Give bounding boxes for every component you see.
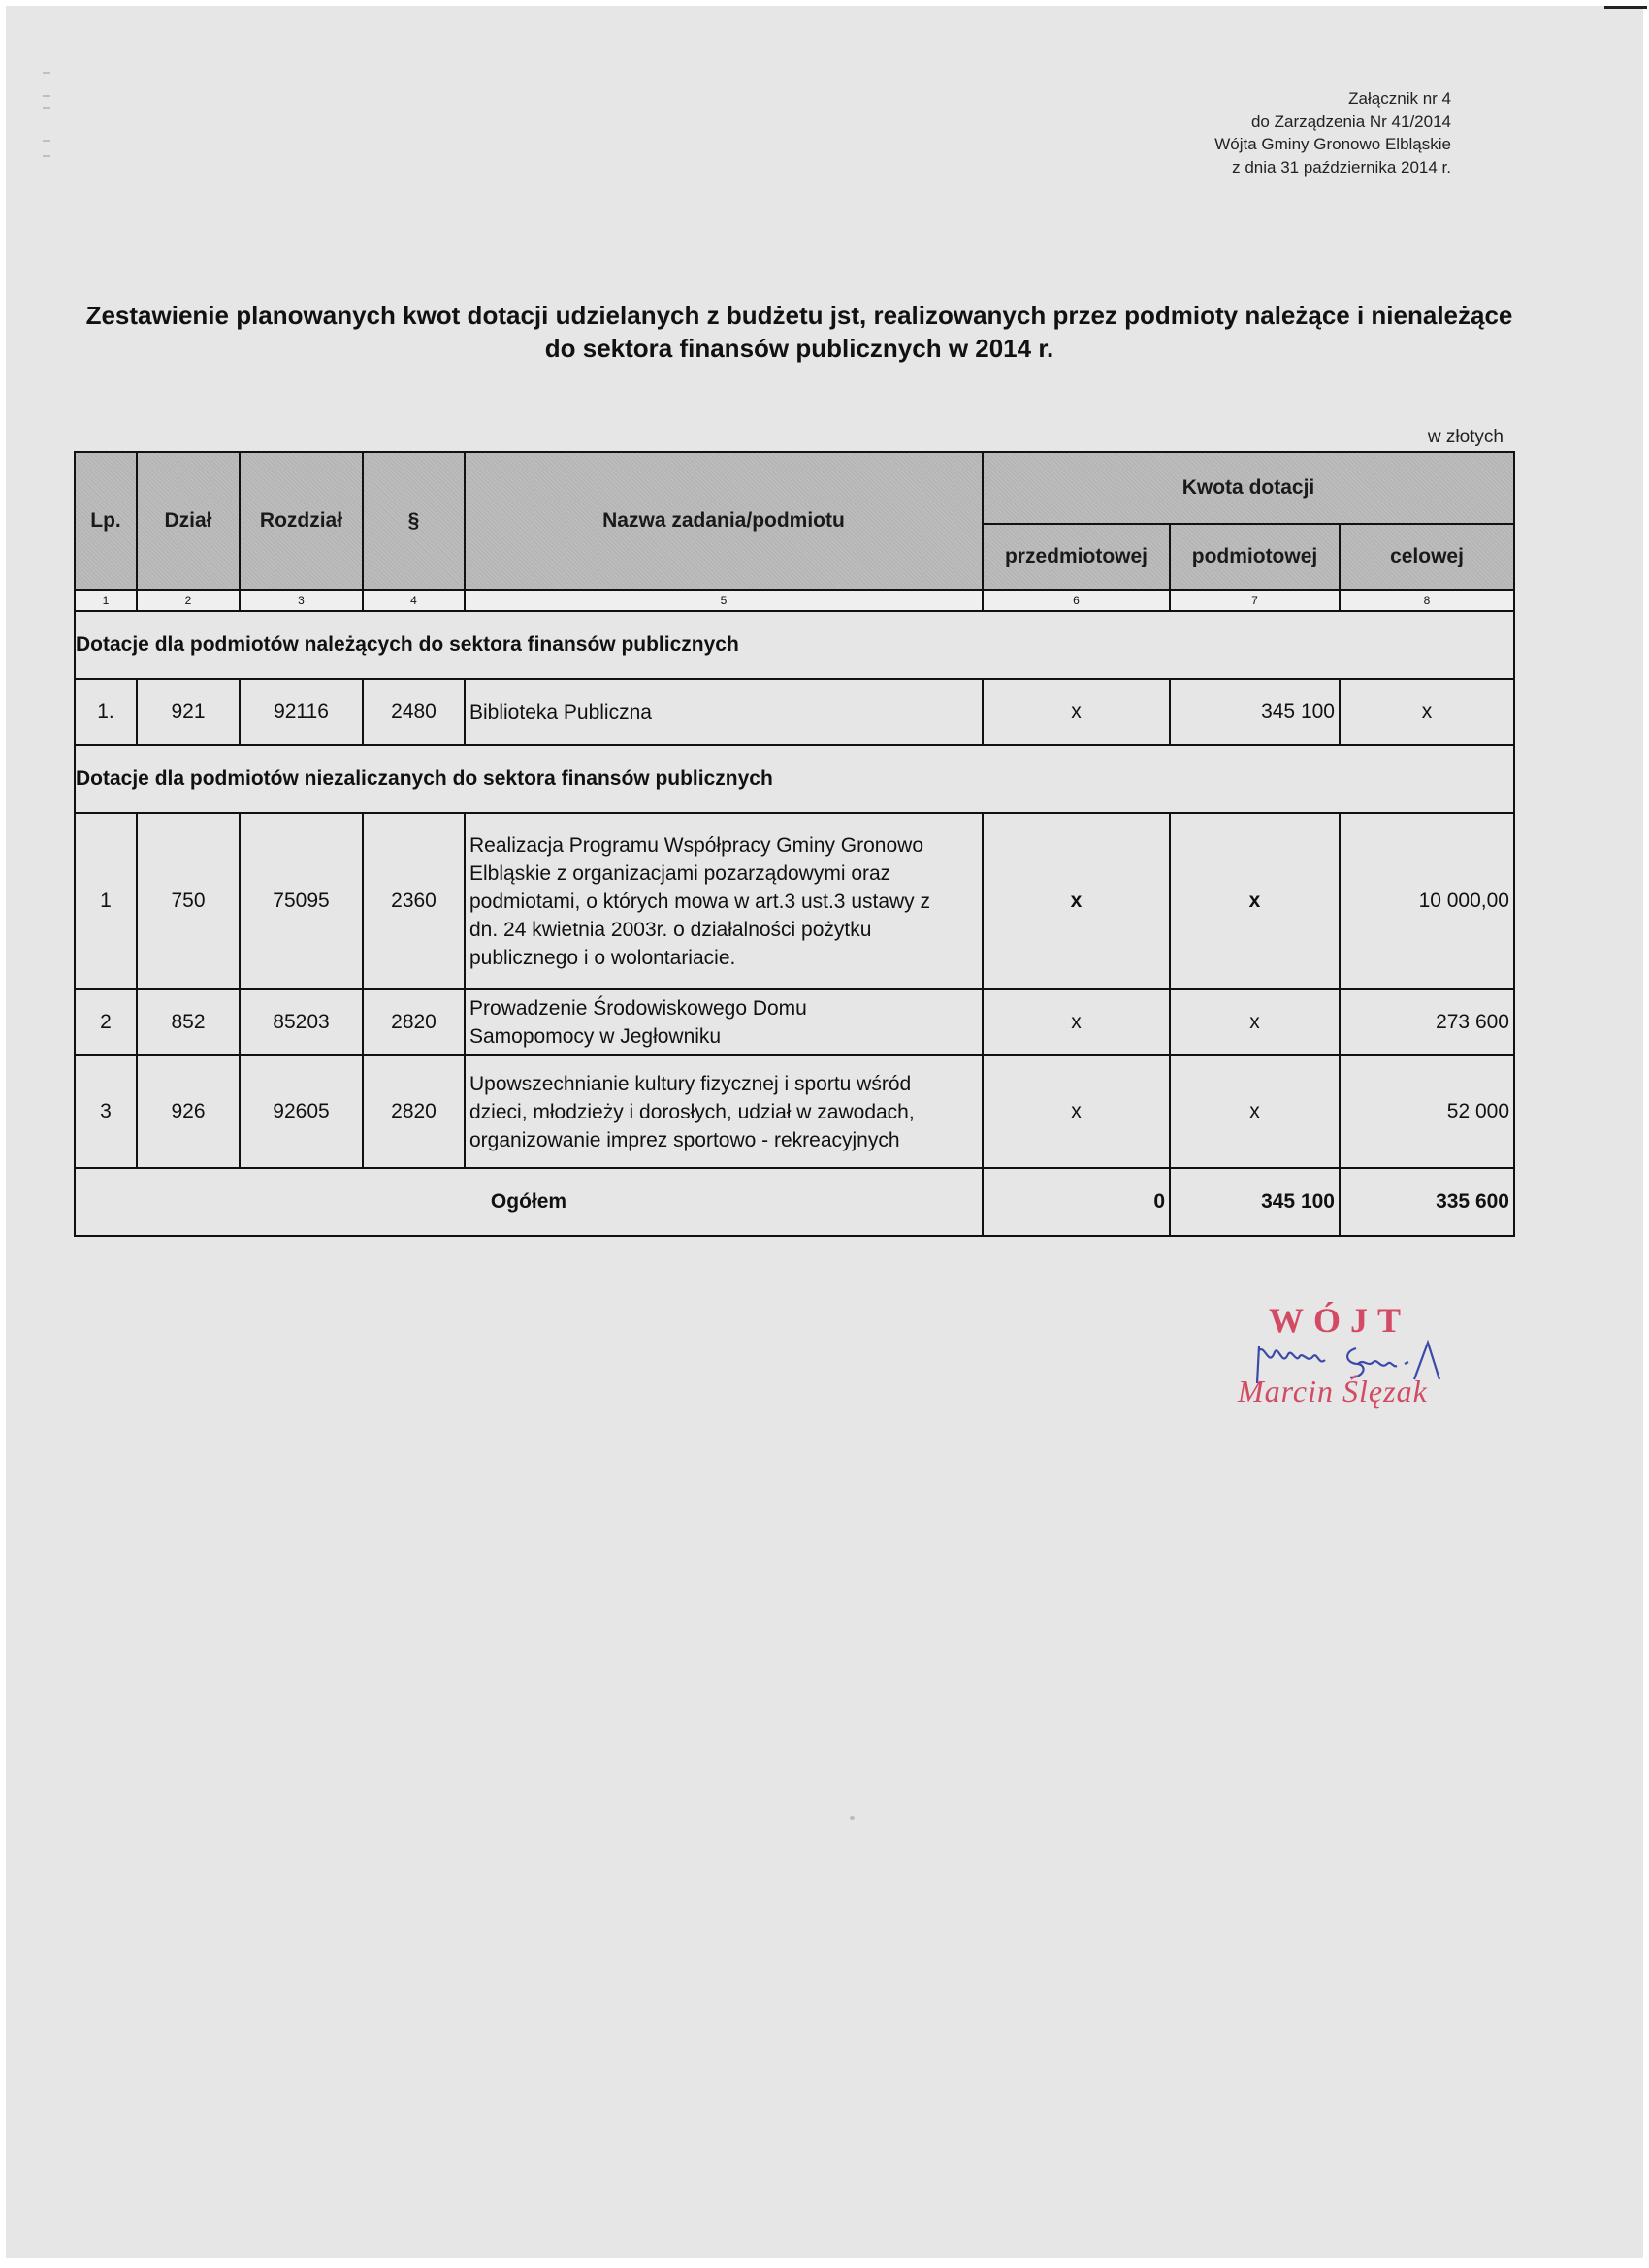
nazwa-line: Upowszechnianie kultury fizycznej i spor…	[469, 1070, 982, 1098]
nazwa-line: Prowadzenie Środowiskowego Domu	[469, 994, 982, 1022]
column-number-row: 1 2 3 4 5 6 7 8	[75, 590, 1514, 611]
table-row: 2 852 85203 2820 Prowadzenie Środowiskow…	[75, 989, 1514, 1055]
cell-przedmiotowej: x	[983, 1055, 1170, 1168]
annex-line: Wójta Gminy Gronowo Elbląskie	[1214, 133, 1451, 156]
header-paragraf: §	[363, 452, 465, 590]
column-number: 6	[983, 590, 1170, 611]
cell-rozdzial: 92116	[240, 679, 363, 745]
title-line-1: Zestawienie planowanych kwot dotacji udz…	[80, 299, 1519, 332]
cell-lp: 3	[75, 1055, 137, 1168]
section-heading-public: Dotacje dla podmiotów należących do sekt…	[75, 611, 1514, 679]
cell-podmiotowej: 345 100	[1170, 679, 1340, 745]
stamp-name: Marcin Ślęzak	[1238, 1374, 1428, 1409]
cell-rozdzial: 92605	[240, 1055, 363, 1168]
cell-dzial: 926	[137, 1055, 240, 1168]
table-row: 3 926 92605 2820 Upowszechnianie kultury…	[75, 1055, 1514, 1168]
total-label: Ogółem	[75, 1168, 983, 1236]
header-row: Lp. Dział Rozdział § Nazwa zadania/podmi…	[75, 452, 1514, 524]
cell-dzial: 921	[137, 679, 240, 745]
header-przedmiotowej: przedmiotowej	[983, 524, 1170, 590]
nazwa-line: publicznego i o wolontariacie.	[469, 944, 982, 972]
header-podmiotowej: podmiotowej	[1170, 524, 1340, 590]
annex-line: do Zarządzenia Nr 41/2014	[1214, 111, 1451, 134]
cell-dzial: 852	[137, 989, 240, 1055]
column-number: 8	[1340, 590, 1514, 611]
total-przedmiotowej: 0	[983, 1168, 1170, 1236]
header-rozdzial: Rozdział	[240, 452, 363, 590]
cell-nazwa: Upowszechnianie kultury fizycznej i spor…	[465, 1055, 983, 1168]
column-number: 5	[465, 590, 983, 611]
subsidy-table: Lp. Dział Rozdział § Nazwa zadania/podmi…	[74, 451, 1515, 1237]
cell-przedmiotowej: x	[983, 813, 1170, 989]
official-stamp: WÓJT Marcin Ślęzak	[1232, 1298, 1484, 1414]
cell-nazwa: Realizacja Programu Współpracy Gminy Gro…	[465, 813, 983, 989]
header-nazwa: Nazwa zadania/podmiotu	[465, 452, 983, 590]
cell-nazwa: Prowadzenie Środowiskowego Domu Samopomo…	[465, 989, 983, 1055]
cell-podmiotowej: x	[1170, 1055, 1340, 1168]
scan-speck	[850, 1816, 855, 1820]
scan-corner-mark	[1604, 6, 1647, 9]
nazwa-line: Realizacja Programu Współpracy Gminy Gro…	[469, 831, 982, 859]
nazwa-line: Elbląskie z organizacjami pozarządowymi …	[469, 859, 982, 888]
nazwa-line: podmiotami, o których mowa w art.3 ust.3…	[469, 888, 982, 916]
column-number: 2	[137, 590, 240, 611]
cell-rozdzial: 75095	[240, 813, 363, 989]
annex-reference: Załącznik nr 4 do Zarządzenia Nr 41/2014…	[1214, 87, 1451, 178]
cell-lp: 2	[75, 989, 137, 1055]
cell-paragraf: 2360	[363, 813, 465, 989]
scan-margin-marks	[43, 66, 54, 182]
header-dzial: Dział	[137, 452, 240, 590]
section-heading-nonpublic: Dotacje dla podmiotów niezaliczanych do …	[75, 745, 1514, 813]
total-celowej: 335 600	[1340, 1168, 1514, 1236]
section-heading-row: Dotacje dla podmiotów należących do sekt…	[75, 611, 1514, 679]
cell-lp: 1.	[75, 679, 137, 745]
cell-podmiotowej: x	[1170, 813, 1340, 989]
cell-rozdzial: 85203	[240, 989, 363, 1055]
nazwa-line: dn. 24 kwietnia 2003r. o działalności po…	[469, 916, 982, 944]
document-title: Zestawienie planowanych kwot dotacji udz…	[80, 299, 1519, 365]
total-podmiotowej: 345 100	[1170, 1168, 1340, 1236]
cell-nazwa: Biblioteka Publiczna	[465, 679, 983, 745]
unit-label: w złotych	[1428, 427, 1503, 448]
header-celowej: celowej	[1340, 524, 1514, 590]
cell-celowej: x	[1340, 679, 1514, 745]
cell-lp: 1	[75, 813, 137, 989]
cell-paragraf: 2480	[363, 679, 465, 745]
header-kwota-dotacji: Kwota dotacji	[983, 452, 1514, 524]
table-row: 1. 921 92116 2480 Biblioteka Publiczna x…	[75, 679, 1514, 745]
nazwa-line: organizowanie imprez sportowo - rekreacy…	[469, 1126, 982, 1154]
column-number: 1	[75, 590, 137, 611]
title-line-2: do sektora finansów publicznych w 2014 r…	[80, 332, 1519, 365]
nazwa-line: dzieci, młodzieży i dorosłych, udział w …	[469, 1098, 982, 1126]
cell-paragraf: 2820	[363, 1055, 465, 1168]
cell-celowej: 10 000,00	[1340, 813, 1514, 989]
table-row: 1 750 75095 2360 Realizacja Programu Wsp…	[75, 813, 1514, 989]
section-heading-row: Dotacje dla podmiotów niezaliczanych do …	[75, 745, 1514, 813]
cell-przedmiotowej: x	[983, 989, 1170, 1055]
cell-dzial: 750	[137, 813, 240, 989]
annex-line: Załącznik nr 4	[1214, 87, 1451, 111]
cell-celowej: 52 000	[1340, 1055, 1514, 1168]
header-lp: Lp.	[75, 452, 137, 590]
stamp-title: WÓJT	[1269, 1300, 1410, 1341]
column-number: 3	[240, 590, 363, 611]
cell-podmiotowej: x	[1170, 989, 1340, 1055]
total-row: Ogółem 0 345 100 335 600	[75, 1168, 1514, 1236]
cell-paragraf: 2820	[363, 989, 465, 1055]
nazwa-line: Samopomocy w Jegłowniku	[469, 1022, 982, 1051]
annex-line: z dnia 31 października 2014 r.	[1214, 156, 1451, 179]
cell-przedmiotowej: x	[983, 679, 1170, 745]
column-number: 7	[1170, 590, 1340, 611]
cell-celowej: 273 600	[1340, 989, 1514, 1055]
column-number: 4	[363, 590, 465, 611]
